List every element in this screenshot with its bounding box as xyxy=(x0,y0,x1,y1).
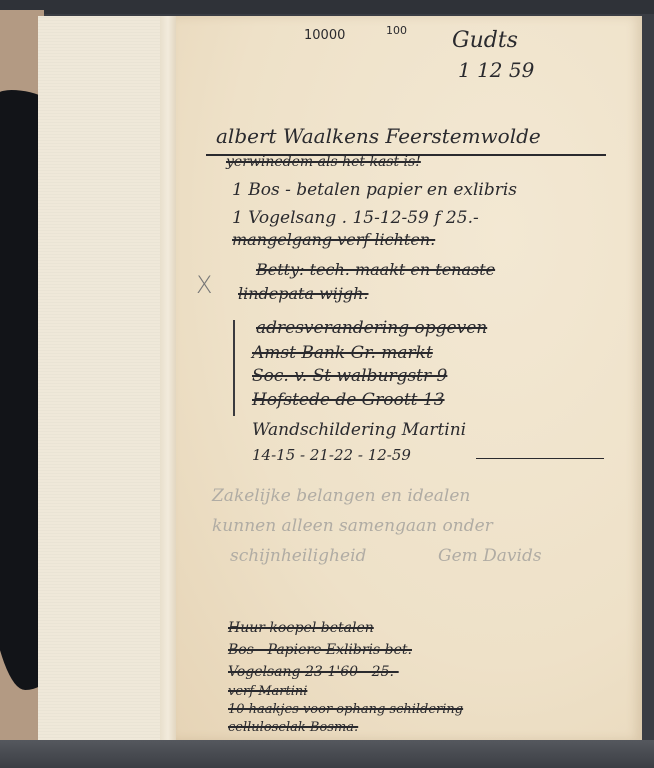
book-photo: 10000 100 Gudts 1 12 59 albert Waalkens … xyxy=(0,0,654,768)
address-line-3: Soc. v. St walburgstr 9 xyxy=(252,366,447,386)
struck-line-2: Bos - Papiere Exlibris bet. xyxy=(228,642,412,658)
quote-line-3: schijnheiligheid xyxy=(230,546,366,566)
top-number-10000: 10000 xyxy=(304,28,345,43)
background-bottom xyxy=(0,740,654,768)
quote-author: Gem Davids xyxy=(438,546,542,566)
x-mark: X xyxy=(196,271,212,299)
address-line-1: adresverandering opgeven xyxy=(256,318,487,338)
signature-date: 1 12 59 xyxy=(458,58,534,82)
item-4: Betty: tech. maakt en tenaste xyxy=(256,260,495,279)
struck-line-5: 10 haakjes voor ophang schildering xyxy=(228,702,463,717)
mural-dates: 14-15 - 21-22 - 12-59 xyxy=(252,446,411,464)
item-3: mangelgang verf lichten. xyxy=(232,230,435,249)
struck-line-4: verf Martini xyxy=(228,684,307,699)
address-line-2: Amst Bank Gr. markt xyxy=(252,343,433,363)
item-2: 1 Vogelsang . 15-12-59 f 25.- xyxy=(232,208,479,228)
mural-title: Wandschildering Martini xyxy=(252,420,466,440)
struck-line-3: Vogelsang 23-1'60 - 25.- xyxy=(228,664,399,680)
signature: Gudts xyxy=(452,28,518,53)
mural-underline xyxy=(476,458,604,459)
quote-line-1: Zakelijke belangen en idealen xyxy=(212,486,470,506)
struck-line-1: Huur koepel betalen xyxy=(228,620,374,636)
background-top xyxy=(0,0,654,14)
bracket-line xyxy=(233,320,235,416)
owner-name: albert Waalkens Feerstemwolde xyxy=(216,124,541,148)
top-number-100: 100 xyxy=(386,24,407,37)
handwritten-page: 10000 100 Gudts 1 12 59 albert Waalkens … xyxy=(176,16,642,740)
struck-line-6: celluloselak Bosma. xyxy=(228,720,358,735)
spine-fold xyxy=(160,16,176,744)
flyleaf-left xyxy=(38,16,178,744)
item-1: 1 Bos - betalen papier en exlibris xyxy=(232,180,517,200)
address-line-4: Hofstede de Groott 13 xyxy=(252,390,445,410)
item-5: lindepata wijgh. xyxy=(238,284,369,303)
header-subtitle: yerwinedem als het kast is! xyxy=(226,154,421,170)
quote-line-2: kunnen alleen samengaan onder xyxy=(212,516,493,536)
